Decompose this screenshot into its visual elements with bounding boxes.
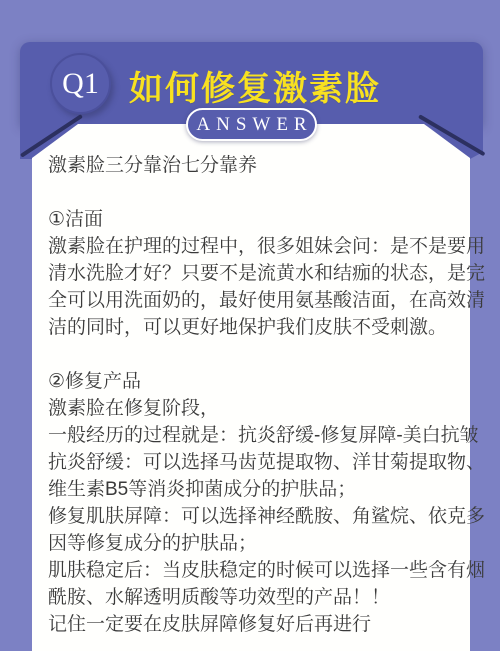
paragraph: ②修复产品激素脸在修复阶段，一般经历的过程就是：抗炎舒缓-修复屏障-美白抗皱抗炎… [48, 368, 460, 638]
answer-body-text: 激素脸三分靠治七分靠养①洁面激素脸在护理的过程中，很多姐妹会问：是不是要用清水洗… [48, 152, 460, 638]
answer-badge-label: ANSWER [190, 114, 312, 136]
page-background: Q1 如何修复激素脸 ANSWER 激素脸三分靠治七分靠养①洁面激素脸在护理的过… [0, 0, 500, 651]
text-line: 一般经历的过程就是：抗炎舒缓-修复屏障-美白抗皱 [48, 422, 460, 449]
text-line: 抗炎舒缓：可以选择马齿苋提取物、洋甘菊提取物、 [48, 449, 460, 476]
text-line: 维生素B5等消炎抑菌成分的护肤品； [48, 476, 460, 503]
text-line: 肌肤稳定后：当皮肤稳定的时候可以选择一些含有烟 [48, 557, 460, 584]
question-number-badge: Q1 [50, 53, 111, 114]
text-line: 记住一定要在皮肤屏障修复好后再进行 [48, 611, 460, 638]
text-line: 激素脸在修复阶段， [48, 395, 460, 422]
page-title: 如何修复激素脸 [118, 61, 392, 109]
question-number-label: Q1 [62, 67, 99, 101]
text-line: 激素脸三分靠治七分靠养 [48, 152, 460, 179]
text-line: ①洁面 [48, 206, 460, 233]
text-line: 修复肌肤屏障：可以选择神经酰胺、角鲨烷、依克多 [48, 503, 460, 530]
text-line: 激素脸在护理的过程中，很多姐妹会问：是不是要用 [48, 233, 460, 260]
answer-badge: ANSWER [186, 108, 317, 141]
paragraph: ①洁面激素脸在护理的过程中，很多姐妹会问：是不是要用清水洗脸才好？只要不是流黄水… [48, 206, 460, 341]
text-line: 清水洗脸才好？只要不是流黄水和结痂的状态，是完 [48, 260, 460, 287]
text-line: ②修复产品 [48, 368, 460, 395]
text-line: 洁的同时，可以更好地保护我们皮肤不受刺激。 [48, 314, 460, 341]
paragraph: 激素脸三分靠治七分靠养 [48, 152, 460, 179]
text-line: 全可以用洗面奶的，最好使用氨基酸洁面，在高效清 [48, 287, 460, 314]
text-line: 因等修复成分的护肤品； [48, 530, 460, 557]
text-line: 酰胺、水解透明质酸等功效型的产品！！ [48, 584, 460, 611]
